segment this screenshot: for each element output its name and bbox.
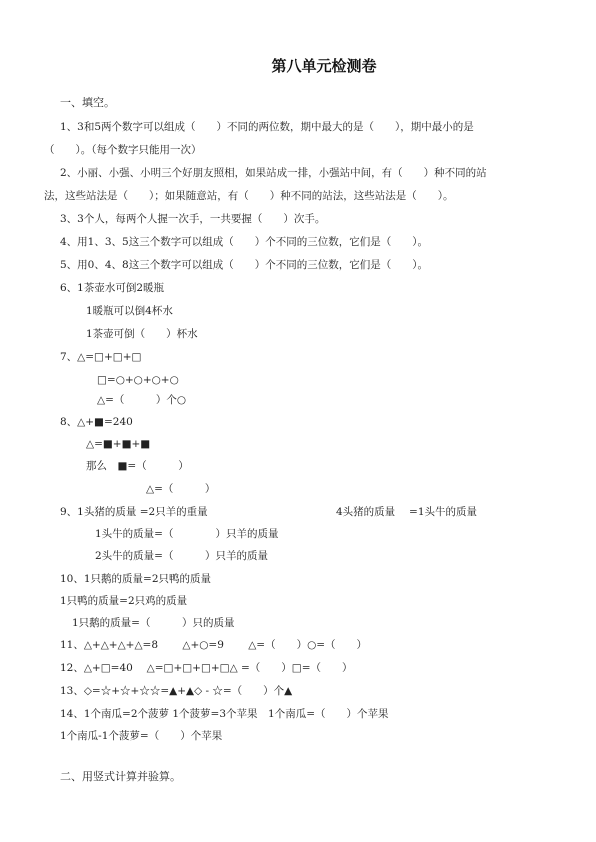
question-line: 14、1个南瓜=2个菠萝 1个菠萝=3个苹果 1个南瓜=（ ）个苹果 [60, 707, 389, 721]
question-line: 1个南瓜-1个菠萝=（ ）个苹果 [60, 729, 222, 743]
question-line: 1只鹅的质量=（ ）只的质量 [72, 616, 234, 630]
question-line: 1茶壶可倒（ ）杯水 [86, 327, 198, 341]
question-line: 10、1只鹅的质量=2只鸭的质量 [60, 572, 211, 586]
question-line: □=○+○+○+○ [97, 373, 179, 387]
question-line: 4头猪的质量 =1头牛的质量 [336, 505, 477, 519]
question-line: 1头牛的质量=（ ）只羊的质量 [95, 527, 278, 541]
question-line: 法，这些站法是（ ）；如果随意站，有（ ）种不同的站法，这些站法是（ ）。 [44, 189, 454, 203]
question-line: 9、1头猪的质量 =2只羊的重量 [60, 505, 208, 519]
question-line: 6、1茶壶水可倒2暖瓶 [60, 281, 164, 295]
section-heading-vertical-calc: 二、用竖式计算并验算。 [60, 770, 181, 784]
question-line: 2、小丽、小强、小明三个好朋友照相，如果站成一排，小强站中间，有（ ）种不同的站 [60, 166, 487, 180]
question-line: 1只鸭的质量=2只鸡的质量 [60, 594, 187, 608]
question-line: 13、◇=☆+☆+☆☆=▲+▲◇ - ☆=（ ）个▲ [60, 684, 292, 698]
page-title: 第八单元检测卷 [0, 55, 596, 76]
question-line: △=（ ）个○ [97, 393, 186, 407]
question-line: 8、△+■=240 [60, 415, 133, 429]
section-heading-fill-blanks: 一、填空。 [60, 96, 115, 110]
question-line: 11、△+△+△+△=8 △+○=9 △=（ ）○=（ ） [60, 638, 367, 652]
question-line: 那么 ■=（ ） [86, 459, 189, 473]
question-line: （ ）。（每个数字只能用一次） [44, 143, 202, 157]
question-line: 5、用0、4、8这三个数字可以组成（ ）个不同的三位数，它们是（ ）。 [60, 258, 428, 272]
question-line: 2头牛的质量=（ ）只羊的质量 [95, 549, 268, 563]
question-line: 12、△+□=40 △=□+□+□+□△ =（ ）□=（ ） [60, 661, 353, 675]
question-line: 7、△=□+□+□ [60, 350, 141, 364]
question-line: 1暖瓶可以倒4杯水 [86, 304, 173, 318]
question-line: 1、3和5两个数字可以组成（ ）不同的两位数，期中最大的是（ ），期中最小的是 [60, 120, 474, 134]
question-line: 4、用1、3、5这三个数字可以组成（ ）个不同的三位数，它们是（ ）。 [60, 235, 428, 249]
question-line: △=■+■+■ [86, 437, 150, 451]
question-line: △=（ ） [146, 482, 215, 496]
question-line: 3、3个人，每两个人握一次手，一共要握（ ）次手。 [60, 212, 325, 226]
